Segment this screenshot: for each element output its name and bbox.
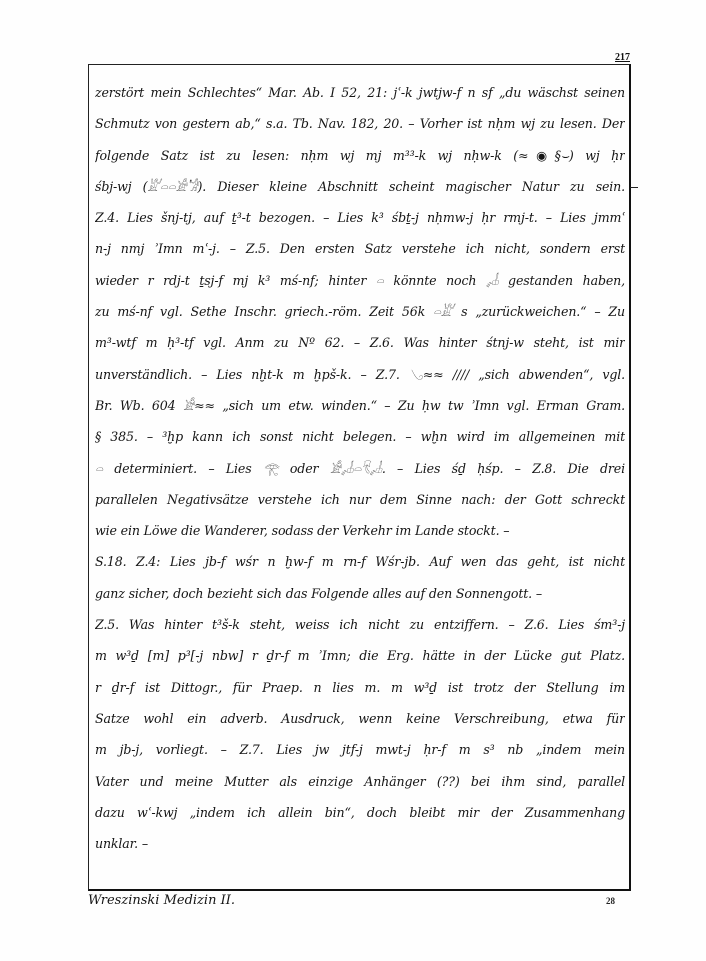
text-line-19: m w³ḏ [m] p³[-j nbw] r ḏr-f m ʾImn; di… (95, 640, 625, 671)
page-number: 217 (600, 52, 630, 63)
text-line-10: unverständlich. – Lies nḫt-k m ḫpš-k. – … (95, 359, 625, 390)
handwritten-text-block: zerstört mein Schlechtes“ Mar. Ab. I 52,… (95, 77, 625, 859)
text-line-13: 𓏏 determiniert. – Lies 𓂀 oder 𓀀𓍀𓏏𓄛𓍀. – L… (95, 453, 625, 484)
text-line-22: m jb-j, vorliegt. – Z.7. Lies jw jtf-j m… (95, 734, 625, 765)
text-line-11: Br. Wb. 604 𓀀≈≈ „sich um etw. winden.“ –… (95, 390, 625, 421)
text-line-18: Z.5. Was hinter t³š-k steht, weiss ich n… (95, 609, 625, 640)
text-line-25: unklar. – (95, 828, 625, 859)
footer-source-title: Wreszinski Medizin II. (88, 893, 235, 908)
text-line-2: Schmutz von gestern ab,“ s.a. Tb. Nav. 1… (95, 108, 625, 139)
margin-mark (630, 187, 638, 188)
text-line-12: § 385. – ³ḫp kann ich sonst nicht belege… (95, 421, 625, 452)
text-line-3: folgende Satz ist zu lesen: nḥm wj mj m³… (95, 140, 625, 171)
text-line-7: wieder r rdj-t ṯsj-f mj k³ mś-nf; hinte… (95, 265, 625, 296)
text-line-4: śbj-wj (𓁏𓏏𓏏𓀀𓁋). Dieser kleine Abschnitt … (95, 171, 625, 202)
text-line-21: Satze wohl ein adverb. Ausdruck, wenn ke… (95, 703, 625, 734)
text-line-6: n-j nmj ʾImn mʿ-j. – Z.5. Den ersten Sat… (95, 233, 625, 264)
text-line-23: Vater und meine Mutter als einzige Anhän… (95, 766, 625, 797)
text-line-5: Z.4. Lies šnj-tj, auf ṯ³-t bezogen. – L… (95, 202, 625, 233)
text-line-15: wie ein Löwe die Wanderer, sodass der Ve… (95, 515, 625, 546)
text-line-20: r ḏr-f ist Dittogr., für Praep. n lies … (95, 672, 625, 703)
text-line-16: S.18. Z.4: Lies jb-f wśr n ḫw-f m rn-f W… (95, 546, 625, 577)
text-frame: zerstört mein Schlechtes“ Mar. Ab. I 52,… (88, 64, 631, 891)
text-line-1: zerstört mein Schlechtes“ Mar. Ab. I 52,… (95, 77, 625, 108)
text-line-8: zu mś-nf vgl. Sethe Inschr. griech.-röm.… (95, 296, 625, 327)
text-line-24: dazu wʿ-kwj „indem ich allein bin“, doch… (95, 797, 625, 828)
text-line-14: parallelen Negativsätze verstehe ich nur… (95, 484, 625, 515)
text-line-9: m³-wtf m ḥ³-tf vgl. Anm zu Nº 62. – Z.6.… (95, 327, 625, 358)
text-line-17: ganz sicher, doch bezieht sich das Folge… (95, 578, 625, 609)
footer-sheet-number: 28 (606, 896, 615, 906)
manuscript-page: 217 zerstört mein Schlechtes“ Mar. Ab. I… (0, 0, 706, 961)
